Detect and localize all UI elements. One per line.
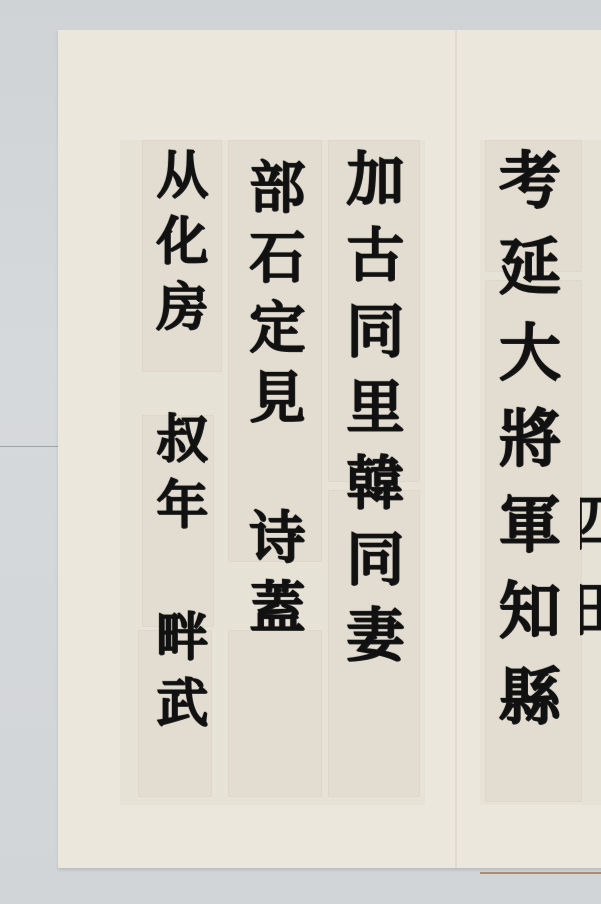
character: 房 bbox=[156, 282, 208, 348]
character: 畔 bbox=[156, 612, 208, 678]
calligraphy-column-3: 从 化 房 叔 年 畔 武 bbox=[142, 150, 222, 744]
character: 軍 bbox=[498, 494, 560, 580]
calligraphy-column-1: 加 古 同 里 韓 同 妻 bbox=[335, 150, 415, 682]
calligraphy-column-2: 部 石 定 見 诗 蓋 bbox=[232, 160, 322, 650]
character: 考 bbox=[498, 150, 560, 236]
rubbing-tile bbox=[228, 630, 322, 797]
calligraphy-column-right: 考 延 大 將 軍 知 縣 bbox=[482, 150, 577, 752]
character: 石 bbox=[249, 230, 305, 300]
page-edge bbox=[480, 872, 601, 874]
character: 蓋 bbox=[249, 580, 305, 650]
character: 大 bbox=[498, 322, 560, 408]
calligraphy-column-right-partial: 四 田 bbox=[580, 150, 601, 666]
character: 化 bbox=[156, 216, 208, 282]
character: 武 bbox=[156, 678, 208, 744]
character: 妻 bbox=[346, 606, 404, 682]
character: 延 bbox=[498, 236, 560, 322]
character: 將 bbox=[498, 408, 560, 494]
character: 韓 bbox=[346, 454, 404, 530]
character: 知 bbox=[498, 580, 560, 666]
character: 縣 bbox=[498, 666, 560, 752]
page-fold bbox=[455, 30, 457, 868]
character: 加 bbox=[346, 150, 404, 226]
character: 同 bbox=[346, 530, 404, 606]
character: 田 bbox=[580, 580, 601, 666]
character: 定 bbox=[249, 300, 305, 370]
character: 部 bbox=[249, 160, 305, 230]
character: 诗 bbox=[249, 510, 305, 580]
character: 同 bbox=[346, 302, 404, 378]
character: 四 bbox=[580, 494, 601, 580]
character: 里 bbox=[346, 378, 404, 454]
character: 見 bbox=[249, 370, 305, 440]
character: 年 bbox=[156, 480, 208, 546]
character: 从 bbox=[156, 150, 208, 216]
character: 叔 bbox=[156, 414, 208, 480]
background-line bbox=[0, 446, 60, 447]
character: 古 bbox=[346, 226, 404, 302]
